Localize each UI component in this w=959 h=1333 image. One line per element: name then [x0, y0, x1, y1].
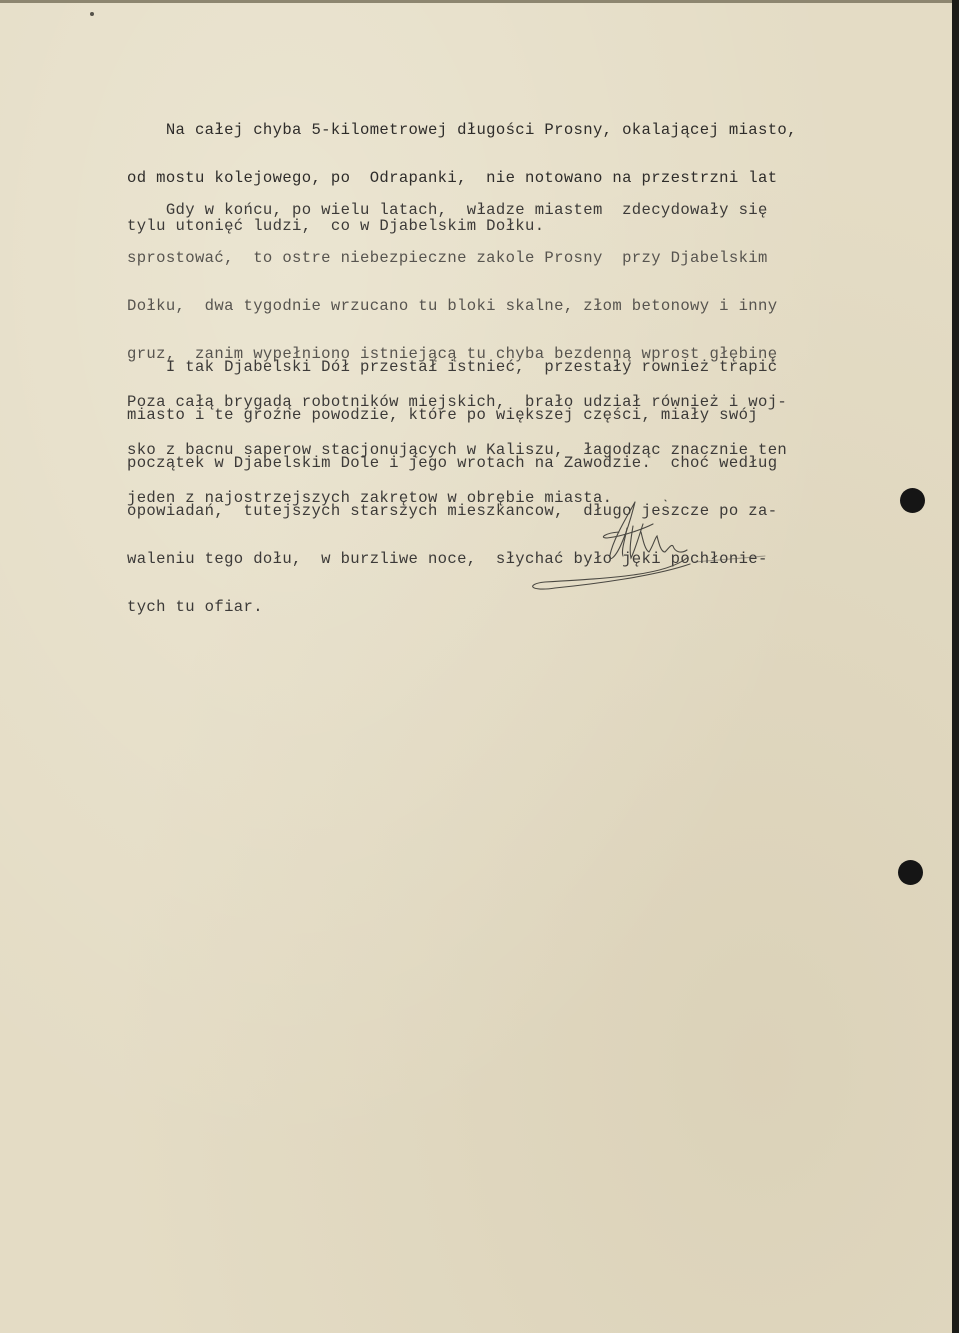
page-top-edge — [0, 0, 952, 3]
text-line: Gdy w końcu, po wielu latach, władze mia… — [127, 202, 787, 218]
text-line: I tak Djabelski Dół przestał istnieć, pr… — [127, 359, 777, 375]
text-line: Na całej chyba 5-kilometrowej długości P… — [127, 122, 797, 138]
paper-speck — [90, 12, 94, 16]
punch-hole-bottom — [898, 860, 923, 885]
scan-edge — [952, 0, 959, 1333]
punch-hole-top — [900, 488, 925, 513]
document-page: Na całej chyba 5-kilometrowej długości P… — [0, 0, 952, 1333]
text-line: tych tu ofiar. — [127, 599, 777, 615]
text-line: Dołku, dwa tygodnie wrzucano tu bloki sk… — [127, 298, 787, 314]
text-line: miasto i te groźne powodzie, które po wi… — [127, 407, 777, 423]
text-line: sprostować, to ostre niebezpieczne zakol… — [127, 250, 787, 266]
handwritten-signature — [515, 480, 775, 590]
text-line: początek w Djabelskim Dole i jego wrotac… — [127, 455, 777, 471]
